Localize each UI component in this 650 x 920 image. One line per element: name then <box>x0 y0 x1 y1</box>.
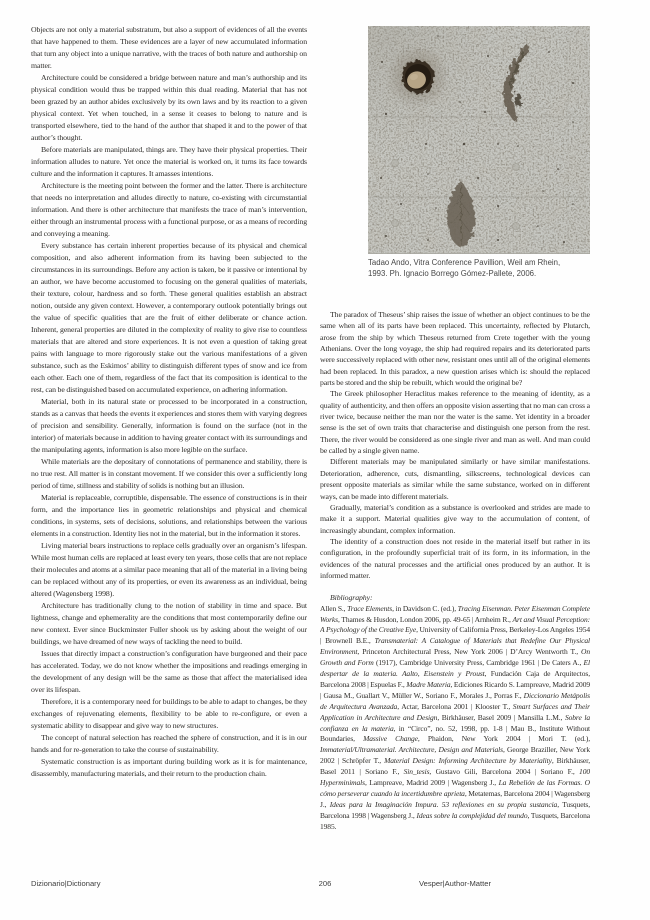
paragraph: Issues that directly impact a constructi… <box>31 648 307 696</box>
footer-journal-title: Vesper|Author-Matter <box>320 879 590 888</box>
paragraph: Before materials are manipulated, things… <box>31 144 307 180</box>
paragraph: While materials are the depositary of co… <box>31 456 307 492</box>
page-footer: Dizionario|Dictionary 206 Vesper|Author-… <box>0 879 650 893</box>
bibliography-label: Bibliography: <box>320 592 590 603</box>
paragraph: The identity of a construction does not … <box>320 536 590 581</box>
paragraph: Every substance has certain inherent pro… <box>31 240 307 396</box>
paragraph: Therefore, it is a contemporary need for… <box>31 696 307 732</box>
paragraph: Material, both in its natural state or p… <box>31 396 307 456</box>
book-page: Objects are not only a material substrat… <box>0 0 650 920</box>
right-column-paragraphs: The paradox of Theseus’ ship raises the … <box>320 309 590 581</box>
paragraph: Objects are not only a material substrat… <box>31 24 307 72</box>
formwork-tie-hole <box>386 45 450 109</box>
paragraph: Gradually, material’s condition as a sub… <box>320 502 590 536</box>
figure-photo <box>368 26 590 254</box>
paragraph: Systematic construction is as important … <box>31 756 307 780</box>
bibliography: Allen S., Trace Elements, in Davidson C.… <box>320 604 590 833</box>
right-column: The paradox of Theseus’ ship raises the … <box>320 309 590 877</box>
paragraph: Material is replaceable, corruptible, di… <box>31 492 307 540</box>
paragraph: The paradox of Theseus’ ship raises the … <box>320 309 590 388</box>
paragraph: Living material bears instructions to re… <box>31 540 307 600</box>
paragraph: Different materials may be manipulated s… <box>320 456 590 501</box>
concrete-wall-photo <box>368 26 590 254</box>
paragraph: The Greek philosopher Heraclitus makes r… <box>320 388 590 456</box>
caption-line-1: Tadao Ando, Vitra Conference Pavillion, … <box>368 258 594 269</box>
caption-line-2: 1993. Ph. Ignacio Borrego Gómez-Pallete,… <box>368 269 594 280</box>
paragraph: The concept of natural selection has rea… <box>31 732 307 756</box>
figure-caption: Tadao Ando, Vitra Conference Pavillion, … <box>368 258 594 279</box>
left-column: Objects are not only a material substrat… <box>31 24 307 878</box>
paragraph: Architecture has traditionally clung to … <box>31 600 307 648</box>
paragraph: Architecture could be considered a bridg… <box>31 72 307 144</box>
paragraph: Architecture is the meeting point betwee… <box>31 180 307 240</box>
